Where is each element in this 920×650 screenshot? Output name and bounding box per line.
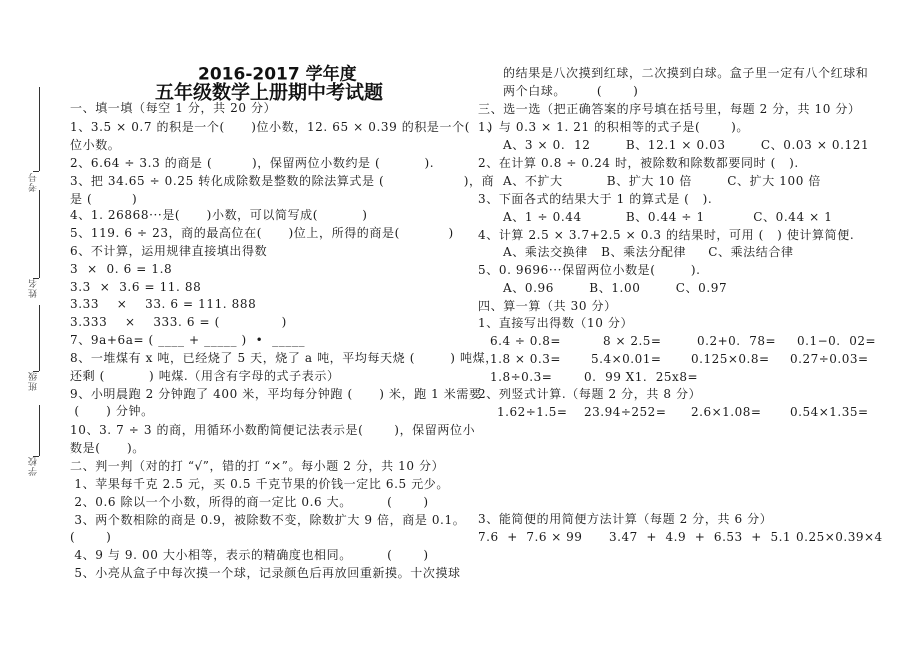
calc-item: 0.27÷0.03=	[790, 351, 869, 367]
vertical-calc-item: 1.62÷1.5=	[497, 404, 567, 420]
question-line: 3.333 × 333. 6 = ( )	[70, 314, 287, 330]
question-line: 2、0.6 除以一个小数，所得的商一定比 0.6 大。 ( )	[70, 494, 429, 510]
section-calculation-heading: 四、算一算（共 30 分）	[478, 298, 617, 314]
simplify-calc-item: 7.6 + 7.6 × 99	[478, 529, 582, 545]
vertical-calc-item: 2.6×1.08=	[691, 404, 761, 420]
question-line: 5、小亮从盒子中每次摸一个球，记录颜色后再放回重新摸。十次摸球	[70, 565, 461, 581]
choice-options: A、0.96 B、1.00 C、0.97	[503, 280, 727, 296]
question-line: 3、两个数相除的商是 0.9，被除数不变，除数扩大 9 倍，商是 0.1。	[70, 512, 465, 528]
section-true-false-heading: 二、判一判（对的打 “√”，错的打 “×”。每小题 2 分，共 10 分）	[70, 458, 444, 474]
school-label: 学校	[27, 456, 40, 476]
simplify-calc-item: 0.25×0.39×4	[796, 529, 883, 545]
direct-answer-heading: 1、直接写出得数（10 分）	[478, 315, 633, 331]
question-line: 8、一堆煤有 x 吨，已经烧了 5 天，烧了 a 吨，平均每天烧 ( ) 吨煤，	[70, 350, 498, 366]
vertical-calc-item: 23.94÷252=	[584, 404, 666, 420]
question-line: ( ) 分钟。	[70, 403, 154, 419]
calc-item: 1.8÷0.3=	[490, 369, 552, 385]
calc-item: 5.4×0.01=	[591, 351, 661, 367]
class-line	[39, 305, 40, 371]
question-line: 7、9a+6a= ( ____ + _____ ) • _____	[70, 332, 305, 348]
school-line	[39, 405, 40, 456]
name-label: 姓名	[27, 278, 40, 298]
question-line: 3.3 × 3.6 = 11. 88	[70, 279, 201, 295]
question-line: 2、6.64 ÷ 3.3 的商是 ( )，保留两位小数约是 ( ).	[70, 155, 434, 171]
calc-item: 1.8 × 0.3=	[490, 351, 561, 367]
exam-number-label: 考号	[27, 172, 40, 192]
question-line: 是 ( )	[70, 191, 137, 207]
question-line: 1、3.5 × 0.7 的积是一个( )位小数，12. 65 × 0.39 的积…	[70, 119, 493, 135]
calc-item: 8 × 2.5=	[603, 333, 661, 349]
question-line: 还剩 ( ) 吨煤.（用含有字母的式子表示）	[70, 368, 340, 384]
question-line: 1、苹果每千克 2.5 元，买 0.5 千克节果的价钱一定比 6.5 元少。	[70, 476, 449, 492]
choice-question: 4、计算 2.5 × 3.7+2.5 × 0.3 的结果时，可用 ( ) 使计算…	[478, 227, 854, 243]
question-line: 4、9 与 9. 00 大小相等，表示的精确度也相同。 ( )	[70, 547, 429, 563]
calc-item: 0.2+0. 78=	[697, 333, 776, 349]
question-continuation: 两个白球。 ( )	[503, 83, 638, 99]
calc-item: 0.125×0.8=	[691, 351, 770, 367]
question-line: ( )	[70, 529, 111, 545]
class-label: 班级	[27, 371, 40, 391]
simplify-calc-heading: 3、能简便的用简便方法计算（每题 2 分，共 6 分）	[478, 511, 772, 527]
choice-options: A、乘法交换律 B、乘法分配律 C、乘法结合律	[503, 244, 794, 260]
simplify-calc-item: 3.47 + 4.9 + 6.53 + 5.1	[609, 529, 791, 545]
section-multiple-choice-heading: 三、选一选（把正确答案的序号填在括号里，每题 2 分，共 10 分）	[478, 101, 861, 117]
calc-item: 0. 99 X1. 25x8=	[584, 369, 698, 385]
question-line: 位小数。	[70, 137, 120, 153]
choice-options: A、1 ÷ 0.44 B、0.44 ÷ 1 C、0.44 × 1	[503, 209, 832, 225]
choice-question: 3、下面各式的结果大于 1 的算式是 ( ).	[478, 191, 712, 207]
calc-item: 0.1−0. 02=	[797, 333, 876, 349]
question-line: 5、119. 6 ÷ 23，商的最高位在( )位上，所得的商是( )	[70, 225, 454, 241]
question-continuation: 的结果是八次摸到红球，二次摸到白球。盒子里一定有八个红球和	[503, 65, 868, 81]
vertical-calc-item: 0.54×1.35=	[790, 404, 869, 420]
choice-options: A、不扩大 B、扩大 10 倍 C、扩大 100 倍	[503, 173, 821, 189]
question-line: 4、1. 26868···是( )小数，可以简写成( )	[70, 207, 367, 223]
question-line: 10、3. 7 ÷ 3 的商，用循环小数酌简便记法表示是( )，保留两位小	[70, 422, 475, 438]
question-line: 3、把 34.65 ÷ 0.25 转化成除数是整数的除法算式是 ( )，商	[70, 173, 494, 189]
calc-item: 6.4 ÷ 0.8=	[490, 333, 561, 349]
question-line: 9、小明晨跑 2 分钟跑了 400 米，平均每分钟跑 ( ) 米，跑 1 米需要	[70, 386, 482, 402]
choice-question: 5、0. 9696···保留两位小数是( ).	[478, 262, 701, 278]
exam-page: 2016-2017 学年度 五年级数学上册期中考试题 考号 姓名 班级 学校 一…	[0, 0, 920, 650]
question-line: 数是( )。	[70, 440, 145, 456]
vertical-calc-heading: 2、列竖式计算.（每题 2 分，共 8 分）	[478, 386, 701, 402]
question-line: 3.33 × 33. 6 = 111. 888	[70, 296, 256, 312]
name-line	[39, 190, 40, 278]
choice-options: A、3 × 0. 12 B、12.1 × 0.03 C、0.03 × 0.121	[503, 137, 869, 153]
choice-question: 1、与 0.3 × 1. 21 的积相等的式子是( )。	[478, 119, 749, 135]
choice-question: 2、在计算 0.8 ÷ 0.24 时，被除数和除数都要同时 ( ).	[478, 155, 799, 171]
section-fill-in-heading: 一、填一填（每空 1 分，共 20 分）	[70, 100, 276, 116]
question-line: 6、不计算，运用规律直接填出得数	[70, 243, 267, 259]
exam-number-line	[39, 87, 40, 171]
question-line: 3 × 0. 6 = 1.8	[70, 261, 172, 277]
